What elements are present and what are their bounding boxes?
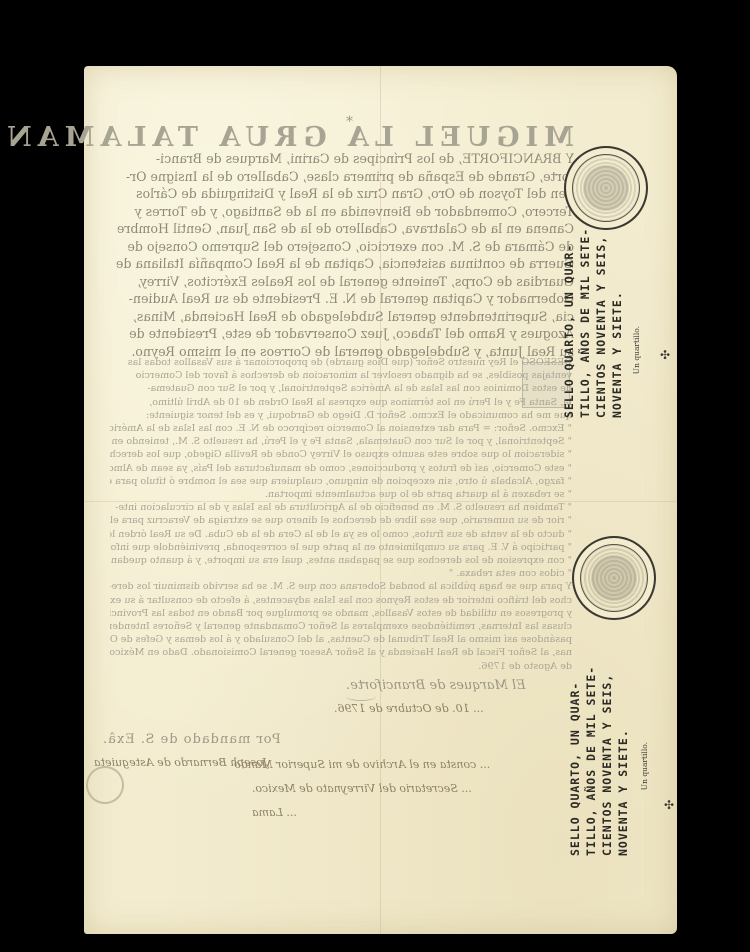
body-line: chos del tráfico interior de estos Reyno… bbox=[110, 594, 572, 607]
stamp-text-line: NOVENTA Y SIETE. bbox=[616, 626, 630, 856]
body-line: y progresos en utilidad de estos Vasallo… bbox=[110, 607, 572, 620]
intro-paragraph: Y BRANCIFORTE, de los Príncipes de Carin… bbox=[106, 150, 574, 360]
intro-line: Canena en la de Calatrava, Caballero de … bbox=[106, 220, 574, 238]
intro-line: Azogues y Ramo del Tabaco, Juez Conserva… bbox=[106, 325, 574, 343]
signature-flourish bbox=[346, 692, 376, 701]
intro-line: den del Toyson de Oro, Gran Cruz de la R… bbox=[106, 185, 574, 203]
royal-seal-icon bbox=[564, 146, 648, 230]
body-line: " participo á V. E. para su cumplimiento… bbox=[110, 541, 572, 554]
body-line: " cidos con esta rebaxa. " bbox=[110, 567, 572, 580]
stamp-value-label: Un quartillo. bbox=[640, 742, 649, 790]
intro-line: Y BRANCIFORTE, de los Príncipes de Carin… bbox=[106, 150, 574, 168]
cross-mark-icon: ✣ bbox=[664, 798, 674, 812]
body-line: pasándose así mismo al Real Tribunal de … bbox=[110, 633, 572, 646]
intro-line: Tercero, Comendador de Bienvenida en la … bbox=[106, 203, 574, 221]
body-line: " ducto de la venta de sus frutos, como … bbox=[110, 528, 572, 541]
body-line: ventajas posibles, se ha dignado resolve… bbox=[110, 369, 572, 382]
body-line: clusas las Internas, remitiéndose exempl… bbox=[110, 620, 572, 633]
intro-line: Guerra de continua asistencia, Capitan d… bbox=[106, 255, 574, 273]
body-line: de Agosto de 1796. bbox=[110, 660, 572, 673]
stamp-text-line: CIENTOS NOVENTA Y SEIS, bbox=[594, 228, 608, 418]
body-line: " con expresion de los derechos que se p… bbox=[110, 554, 572, 567]
body-line: " Tambien ha resuelto S. M. en beneficio… bbox=[110, 501, 572, 514]
body-line: " rior de su numerario, que sea libre de… bbox=[110, 514, 572, 527]
body-line: " Septentrional, y por el Sur con Guatem… bbox=[110, 435, 572, 448]
body-line: Y para que se haga pública la bondad Sob… bbox=[110, 580, 572, 593]
intro-line: Guardias de Corps, Teniente general de l… bbox=[106, 273, 574, 291]
stamp-text-line: NOVENTA Y SIETE. bbox=[610, 228, 624, 418]
body-paragraphs: DESEOSO el Rey nuestro Señor (que Dios g… bbox=[110, 356, 572, 673]
body-line: " fazgo, Alcabala ú otro, sin excepcion … bbox=[110, 475, 572, 488]
signer-name: El Marques de Branciforte. bbox=[346, 678, 526, 693]
body-line: DESEOSO el Rey nuestro Señor (que Dios g… bbox=[110, 356, 572, 369]
body-line: nas, al Señor Fiscal de Real Hacienda y … bbox=[110, 646, 572, 659]
stamp-text-line: TILLO, AÑOS DE MIL SETE- bbox=[578, 228, 592, 418]
body-line: " este Comercio, así de frutos y producc… bbox=[110, 462, 572, 475]
secretary-signature: Joseph Bernardo de Asteguieta bbox=[94, 756, 267, 769]
body-line: que me ha comunicado el Excmo. Señor D. … bbox=[110, 409, 572, 422]
stamp-text-line: TILLO, AÑOS DE MIL SETE- bbox=[584, 626, 598, 856]
document-title: MIGUEL LA GRUA TALAMANCA bbox=[104, 122, 574, 153]
handwritten-note: ... Secretario del Virreynato de Mexico. bbox=[252, 782, 472, 795]
handwritten-signature: ... Lama bbox=[252, 806, 297, 819]
intro-line: cia, Superintendente general Subdelegado… bbox=[106, 308, 574, 326]
stamp-text-line: SELLO QUARTO, UN QUAR- bbox=[562, 228, 576, 418]
stamp-value-label: Un quartillo. bbox=[632, 326, 641, 374]
body-line: la, Santa Fe y el Perú en los términos q… bbox=[110, 396, 572, 409]
body-line: de estos Dominios con las Islas de la Am… bbox=[110, 382, 572, 395]
intro-line: de Cámara de S. M. con exercicio, Consej… bbox=[106, 238, 574, 256]
intro-line: Gobernador y Capitan general de N. E. Pr… bbox=[106, 290, 574, 308]
handwritten-note: ... consta en el Archivo de mi Superior … bbox=[234, 758, 490, 771]
body-line: " se rebaxen á la quarta parte de lo que… bbox=[110, 488, 572, 501]
handwritten-date: ... 10. de Octubre de 1796. bbox=[334, 702, 484, 715]
royal-seal-icon bbox=[572, 536, 656, 620]
document-page: * MIGUEL LA GRUA TALAMANCA Y BRANCIFORTE… bbox=[84, 66, 677, 934]
stamp-text-line: SELLO QUARTO, UN QUAR- bbox=[568, 626, 582, 856]
body-line: " sideracion lo que sobre este asunto ex… bbox=[110, 448, 572, 461]
intro-line: forte, Grande de España de primera clase… bbox=[106, 168, 574, 186]
stamp-text-line: CIENTOS NOVENTA Y SEIS, bbox=[600, 626, 614, 856]
countersign-label: Por mandado de S. Exâ. bbox=[102, 732, 281, 747]
cross-mark-icon: ✣ bbox=[660, 348, 670, 362]
body-line: " Excmo. Señor: = Para dar extension al … bbox=[110, 422, 572, 435]
